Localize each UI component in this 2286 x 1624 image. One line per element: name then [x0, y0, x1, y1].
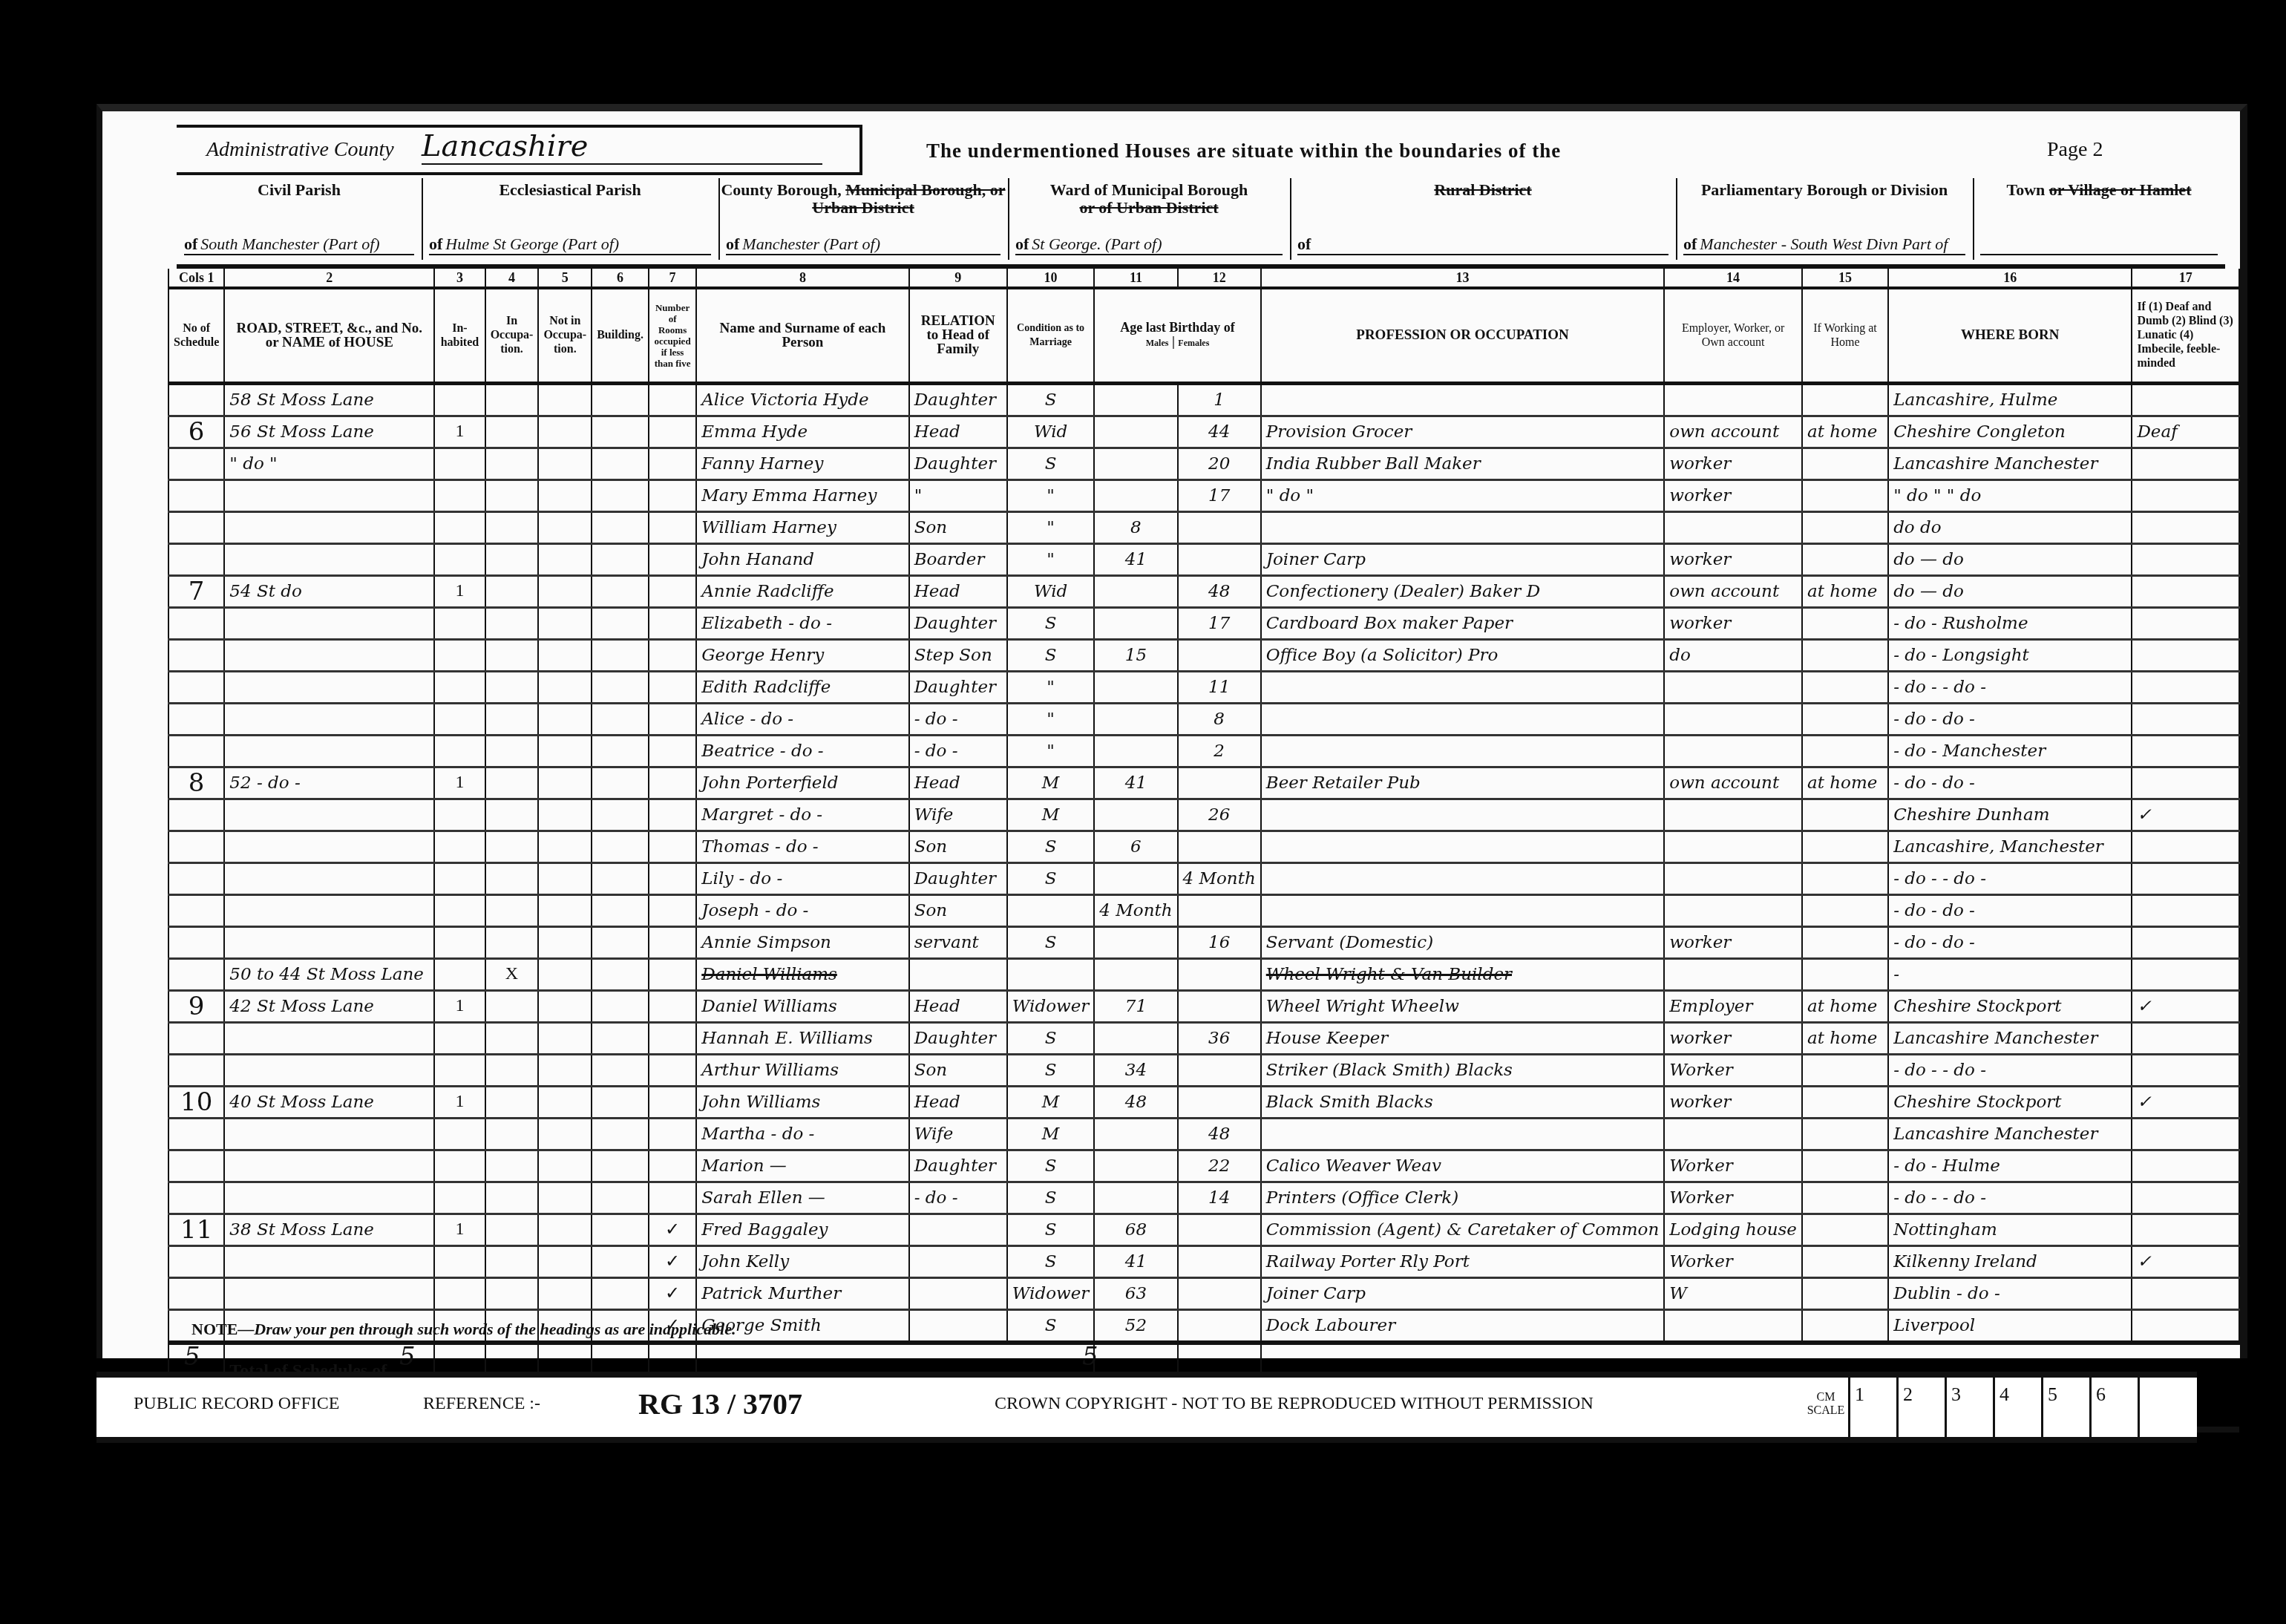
county-borough: County Borough, Municipal Borough, or Ur…	[718, 178, 1009, 260]
building-mark	[592, 575, 649, 607]
birthplace: Kilkenny Ireland	[1888, 1245, 2132, 1277]
employer-status	[1664, 671, 1802, 703]
copyright-notice: CROWN COPYRIGHT - NOT TO BE REPRODUCED W…	[995, 1394, 1594, 1414]
address	[224, 1245, 434, 1277]
relation	[909, 1245, 1007, 1277]
county-borough-value: Manchester (Part of)	[742, 235, 880, 253]
age-female: 16	[1178, 926, 1261, 958]
in-occupation-mark	[485, 383, 539, 416]
birthplace: - do - do -	[1888, 926, 2132, 958]
working-at-home	[1802, 448, 1888, 479]
employer-status: worker	[1664, 607, 1802, 639]
working-at-home	[1802, 831, 1888, 862]
age-female	[1178, 1214, 1261, 1245]
rooms-mark	[649, 767, 696, 799]
inhabited-mark	[434, 1022, 485, 1054]
occupation: Joiner Carp	[1261, 543, 1665, 575]
condition: S	[1007, 862, 1094, 894]
not-in-occupation-mark	[538, 958, 592, 990]
in-occupation-mark	[485, 767, 539, 799]
working-at-home: at home	[1802, 990, 1888, 1022]
building-mark	[592, 990, 649, 1022]
birthplace: - do - - do -	[1888, 671, 2132, 703]
building-mark	[592, 639, 649, 671]
person-name: Marion —	[696, 1150, 908, 1182]
tally-mark: 5	[1082, 1342, 1098, 1372]
table-row: 50 to 44 St Moss LaneXDaniel WilliamsWhe…	[168, 958, 2239, 990]
condition: "	[1007, 671, 1094, 703]
infirmity: ✓	[2132, 1245, 2239, 1277]
occupation: Confectionery (Dealer) Baker D	[1261, 575, 1665, 607]
relation: Wife	[909, 799, 1007, 831]
reference-number: RG 13 / 3707	[638, 1386, 802, 1421]
relation: servant	[909, 926, 1007, 958]
working-at-home: at home	[1802, 767, 1888, 799]
column-numbers: Cols 1234567891011121314151617	[168, 269, 2239, 288]
occupation: Calico Weaver Weav	[1261, 1150, 1665, 1182]
person-name: Daniel Williams	[696, 990, 908, 1022]
age-male: 41	[1094, 543, 1177, 575]
in-occupation-mark	[485, 1150, 539, 1182]
not-in-occupation-mark	[538, 1277, 592, 1309]
rooms-mark	[649, 639, 696, 671]
not-in-occupation-mark	[538, 703, 592, 735]
relation: Head	[909, 990, 1007, 1022]
infirmity: ✓	[2132, 990, 2239, 1022]
occupation: Commission (Agent) & Caretaker of Common	[1261, 1214, 1665, 1245]
infirmity	[2132, 1054, 2239, 1086]
in-occupation-mark	[485, 1022, 539, 1054]
inhabited-mark	[434, 1150, 485, 1182]
address	[224, 894, 434, 926]
schedule-number	[168, 607, 224, 639]
age-male	[1094, 1150, 1177, 1182]
condition: S	[1007, 1309, 1094, 1343]
condition: "	[1007, 735, 1094, 767]
occupation: Joiner Carp	[1261, 1277, 1665, 1309]
schedule-number	[168, 958, 224, 990]
employer-status	[1664, 383, 1802, 416]
infirmity	[2132, 1118, 2239, 1150]
condition: S	[1007, 1054, 1094, 1086]
schedule-number	[168, 1022, 224, 1054]
census-table: Cols 1234567891011121314151617 No of Sch…	[168, 269, 2240, 1433]
header-infirmity: If (1) Deaf and Dumb (2) Blind (3) Lunat…	[2132, 288, 2239, 383]
rooms-mark	[649, 926, 696, 958]
age-male: 8	[1094, 511, 1177, 543]
inhabited-mark	[434, 894, 485, 926]
rooms-mark	[649, 543, 696, 575]
in-occupation-mark	[485, 831, 539, 862]
ward-value: St George. (Part of)	[1032, 235, 1162, 253]
table-row: Alice - do -- do -"8- do - do -	[168, 703, 2239, 735]
employer-status: Employer	[1664, 990, 1802, 1022]
condition: "	[1007, 479, 1094, 511]
condition: S	[1007, 639, 1094, 671]
address	[224, 671, 434, 703]
address: 56 St Moss Lane	[224, 416, 434, 448]
infirmity	[2132, 767, 2239, 799]
table-row: John HanandBoarder"41Joiner Carpworkerdo…	[168, 543, 2239, 575]
age-female	[1178, 767, 1261, 799]
inhabited-mark	[434, 926, 485, 958]
age-female: 48	[1178, 575, 1261, 607]
inhabited-mark: 1	[434, 1086, 485, 1118]
age-female: 11	[1178, 671, 1261, 703]
situate-statement: The undermentioned Houses are situate wi…	[926, 140, 1561, 163]
not-in-occupation-mark	[538, 894, 592, 926]
relation: - do -	[909, 703, 1007, 735]
table-row: William HarneySon"8do do	[168, 511, 2239, 543]
age-female: 17	[1178, 479, 1261, 511]
address: 58 St Moss Lane	[224, 383, 434, 416]
infirmity	[2132, 894, 2239, 926]
infirmity	[2132, 1214, 2239, 1245]
occupation	[1261, 831, 1665, 862]
person-name: Sarah Ellen —	[696, 1182, 908, 1214]
in-occupation-mark	[485, 926, 539, 958]
census-sheet: Administrative County Lancashire The und…	[96, 104, 2247, 1358]
age-male: 41	[1094, 767, 1177, 799]
working-at-home: at home	[1802, 575, 1888, 607]
building-mark	[592, 607, 649, 639]
condition: M	[1007, 1086, 1094, 1118]
age-male: 52	[1094, 1309, 1177, 1343]
header-occupation: PROFESSION OR OCCUPATION	[1261, 288, 1665, 383]
relation: Head	[909, 416, 1007, 448]
condition: "	[1007, 511, 1094, 543]
header-employer: Employer, Worker, or Own account	[1664, 288, 1802, 383]
infirmity	[2132, 831, 2239, 862]
infirmity	[2132, 543, 2239, 575]
working-at-home	[1802, 1182, 1888, 1214]
table-row: Annie SimpsonservantS16Servant (Domestic…	[168, 926, 2239, 958]
schedule-number	[168, 1118, 224, 1150]
building-mark	[592, 958, 649, 990]
person-name: Alice Victoria Hyde	[696, 383, 908, 416]
schedule-number: 7	[168, 575, 224, 607]
cm-scale: CM SCALE 1 2 3 4 5 6	[1804, 1378, 2286, 1437]
age-male	[1094, 703, 1177, 735]
not-in-occupation-mark	[538, 1182, 592, 1214]
in-occupation-mark	[485, 479, 539, 511]
condition: "	[1007, 703, 1094, 735]
age-female: 2	[1178, 735, 1261, 767]
inhabited-mark	[434, 639, 485, 671]
condition: Widower	[1007, 1277, 1094, 1309]
in-occupation-mark	[485, 894, 539, 926]
working-at-home	[1802, 1150, 1888, 1182]
birthplace: Lancashire Manchester	[1888, 1022, 2132, 1054]
person-name: Annie Radcliffe	[696, 575, 908, 607]
rooms-mark: ✓	[649, 1214, 696, 1245]
table-row: 58 St Moss LaneAlice Victoria HydeDaught…	[168, 383, 2239, 416]
header-name: Name and Surname of each Person	[696, 288, 908, 383]
age-female: 8	[1178, 703, 1261, 735]
building-mark	[592, 383, 649, 416]
age-male	[1094, 862, 1177, 894]
schedule-number	[168, 639, 224, 671]
schedule-number	[168, 383, 224, 416]
in-occupation-mark	[485, 1054, 539, 1086]
condition: M	[1007, 1118, 1094, 1150]
condition: S	[1007, 1150, 1094, 1182]
building-mark	[592, 1277, 649, 1309]
not-in-occupation-mark	[538, 990, 592, 1022]
tally-mark: 5	[399, 1342, 416, 1372]
working-at-home	[1802, 926, 1888, 958]
person-name: Patrick Murther	[696, 1277, 908, 1309]
reference-label: REFERENCE :-	[423, 1394, 540, 1414]
rooms-mark	[649, 958, 696, 990]
age-male: 4 Month	[1094, 894, 1177, 926]
table-row: Beatrice - do -- do -"2- do - Manchester	[168, 735, 2239, 767]
birthplace: Cheshire Dunham	[1888, 799, 2132, 831]
age-female: 36	[1178, 1022, 1261, 1054]
employer-status: worker	[1664, 1086, 1802, 1118]
age-female: 48	[1178, 1118, 1261, 1150]
age-female	[1178, 958, 1261, 990]
employer-status: Worker	[1664, 1054, 1802, 1086]
in-occupation-mark	[485, 671, 539, 703]
working-at-home	[1802, 479, 1888, 511]
address	[224, 1182, 434, 1214]
header-condition: Condition as to Marriage	[1007, 288, 1094, 383]
birthplace: Dublin - do -	[1888, 1277, 2132, 1309]
age-male: 15	[1094, 639, 1177, 671]
person-name: Arthur Williams	[696, 1054, 908, 1086]
relation: Daughter	[909, 383, 1007, 416]
header-in-occupation: In Occupa-tion.	[485, 288, 539, 383]
table-row: 1040 St Moss Lane1John WilliamsHeadM48Bl…	[168, 1086, 2239, 1118]
birthplace: - do - Longsight	[1888, 639, 2132, 671]
condition: Widower	[1007, 990, 1094, 1022]
relation: Boarder	[909, 543, 1007, 575]
building-mark	[592, 926, 649, 958]
building-mark	[592, 894, 649, 926]
inhabited-mark	[434, 607, 485, 639]
inhabited-mark: 1	[434, 575, 485, 607]
birthplace: -	[1888, 958, 2132, 990]
working-at-home	[1802, 1086, 1888, 1118]
in-occupation-mark	[485, 990, 539, 1022]
address	[224, 639, 434, 671]
page-number: Page 2	[2047, 138, 2103, 162]
person-name: Daniel Williams	[696, 958, 908, 990]
birthplace: - do - - do -	[1888, 862, 2132, 894]
infirmity	[2132, 639, 2239, 671]
building-mark	[592, 416, 649, 448]
not-in-occupation-mark	[538, 1086, 592, 1118]
rooms-mark	[649, 1182, 696, 1214]
rooms-mark	[649, 831, 696, 862]
header-building: Building.	[592, 288, 649, 383]
working-at-home	[1802, 1245, 1888, 1277]
age-male	[1094, 926, 1177, 958]
not-in-occupation-mark	[538, 448, 592, 479]
employer-status: W	[1664, 1277, 1802, 1309]
working-at-home	[1802, 862, 1888, 894]
condition: S	[1007, 383, 1094, 416]
ecclesiastical-parish: Ecclesiastical Parish ofHulme St George …	[422, 178, 720, 260]
age-male	[1094, 958, 1177, 990]
age-female	[1178, 639, 1261, 671]
in-occupation-mark	[485, 639, 539, 671]
note: NOTE—Draw your pen through such words of…	[191, 1320, 736, 1339]
inhabited-mark	[434, 862, 485, 894]
age-female	[1178, 543, 1261, 575]
working-at-home	[1802, 1054, 1888, 1086]
person-name: John Williams	[696, 1086, 908, 1118]
inhabited-mark	[434, 543, 485, 575]
in-occupation-mark	[485, 1182, 539, 1214]
schedule-number: 6	[168, 416, 224, 448]
rooms-mark	[649, 862, 696, 894]
age-male	[1094, 671, 1177, 703]
rooms-mark	[649, 383, 696, 416]
schedule-number	[168, 1150, 224, 1182]
address	[224, 607, 434, 639]
relation: Son	[909, 1054, 1007, 1086]
schedule-number	[168, 926, 224, 958]
inhabited-mark: 1	[434, 767, 485, 799]
occupation: House Keeper	[1261, 1022, 1665, 1054]
working-at-home	[1802, 511, 1888, 543]
age-female	[1178, 1054, 1261, 1086]
birthplace: Lancashire Manchester	[1888, 1118, 2132, 1150]
occupation: Printers (Office Clerk)	[1261, 1182, 1665, 1214]
employer-status: do	[1664, 639, 1802, 671]
table-row: 656 St Moss Lane1Emma HydeHeadWid44Provi…	[168, 416, 2239, 448]
birthplace: do — do	[1888, 543, 2132, 575]
infirmity	[2132, 926, 2239, 958]
infirmity: ✓	[2132, 799, 2239, 831]
person-name: Margret - do -	[696, 799, 908, 831]
inhabited-mark	[434, 448, 485, 479]
condition	[1007, 958, 1094, 990]
relation: Daughter	[909, 1022, 1007, 1054]
tally-mark: 5	[184, 1342, 200, 1372]
address: 42 St Moss Lane	[224, 990, 434, 1022]
table-row: Arthur WilliamsSonS34Striker (Black Smit…	[168, 1054, 2239, 1086]
in-occupation-mark	[485, 703, 539, 735]
address	[224, 479, 434, 511]
inhabited-mark	[434, 958, 485, 990]
table-row: 754 St do1Annie RadcliffeHeadWid48Confec…	[168, 575, 2239, 607]
rooms-mark	[649, 479, 696, 511]
condition: Wid	[1007, 416, 1094, 448]
division-row: Civil Parish ofSouth Manchester (Part of…	[177, 178, 2225, 269]
in-occupation-mark	[485, 1118, 539, 1150]
working-at-home	[1802, 1277, 1888, 1309]
building-mark	[592, 862, 649, 894]
header-road: ROAD, STREET, &c., and No. or NAME of HO…	[224, 288, 434, 383]
schedule-number	[168, 1245, 224, 1277]
condition	[1007, 894, 1094, 926]
header-not-in-occupation: Not in Occupa-tion.	[538, 288, 592, 383]
birthplace: do do	[1888, 511, 2132, 543]
age-female	[1178, 511, 1261, 543]
relation: Son	[909, 831, 1007, 862]
infirmity	[2132, 862, 2239, 894]
relation: Step Son	[909, 639, 1007, 671]
birthplace: - do - Rusholme	[1888, 607, 2132, 639]
town-village: Town or Village or Hamlet	[1973, 178, 2225, 260]
working-at-home	[1802, 639, 1888, 671]
header-where-born: WHERE BORN	[1888, 288, 2132, 383]
employer-status: own account	[1664, 575, 1802, 607]
relation: Head	[909, 767, 1007, 799]
birthplace: " do " " do	[1888, 479, 2132, 511]
employer-status	[1664, 831, 1802, 862]
infirmity	[2132, 383, 2239, 416]
inhabited-mark: 1	[434, 1214, 485, 1245]
person-name: Emma Hyde	[696, 416, 908, 448]
address	[224, 1054, 434, 1086]
age-female: 20	[1178, 448, 1261, 479]
infirmity	[2132, 735, 2239, 767]
not-in-occupation-mark	[538, 671, 592, 703]
person-name: Elizabeth - do -	[696, 607, 908, 639]
condition: S	[1007, 607, 1094, 639]
schedule-number	[168, 894, 224, 926]
condition: S	[1007, 1214, 1094, 1245]
building-mark	[592, 543, 649, 575]
person-name: Alice - do -	[696, 703, 908, 735]
age-male	[1094, 416, 1177, 448]
table-row: Mary Emma Harney""17" do "worker" do " "…	[168, 479, 2239, 511]
address	[224, 543, 434, 575]
birthplace: - do - do -	[1888, 894, 2132, 926]
age-female: 4 Month	[1178, 862, 1261, 894]
infirmity	[2132, 1182, 2239, 1214]
condition: S	[1007, 1182, 1094, 1214]
civil-parish: Civil Parish ofSouth Manchester (Part of…	[177, 178, 423, 260]
age-female: 26	[1178, 799, 1261, 831]
birthplace: Liverpool	[1888, 1309, 2132, 1343]
rooms-mark	[649, 575, 696, 607]
employer-status: worker	[1664, 926, 1802, 958]
age-male	[1094, 479, 1177, 511]
relation: Daughter	[909, 448, 1007, 479]
relation: Head	[909, 1086, 1007, 1118]
person-name: Martha - do -	[696, 1118, 908, 1150]
building-mark	[592, 1086, 649, 1118]
table-row: Margret - do -WifeM26Cheshire Dunham✓	[168, 799, 2239, 831]
condition: M	[1007, 767, 1094, 799]
infirmity	[2132, 1277, 2239, 1309]
in-occupation-mark	[485, 575, 539, 607]
inhabited-mark	[434, 1245, 485, 1277]
employer-status	[1664, 735, 1802, 767]
table-row: George HenryStep SonS15Office Boy (a Sol…	[168, 639, 2239, 671]
infirmity	[2132, 575, 2239, 607]
employer-status: worker	[1664, 543, 1802, 575]
infirmity	[2132, 1150, 2239, 1182]
age-male: 48	[1094, 1086, 1177, 1118]
age-male: 71	[1094, 990, 1177, 1022]
relation: Head	[909, 575, 1007, 607]
in-occupation-mark: X	[485, 958, 539, 990]
not-in-occupation-mark	[538, 1118, 592, 1150]
archive-footer: PUBLIC RECORD OFFICE REFERENCE :- RG 13 …	[96, 1372, 2197, 1443]
occupation: India Rubber Ball Maker	[1261, 448, 1665, 479]
not-in-occupation-mark	[538, 1214, 592, 1245]
building-mark	[592, 671, 649, 703]
age-male: 6	[1094, 831, 1177, 862]
person-name: John Porterfield	[696, 767, 908, 799]
schedule-number	[168, 448, 224, 479]
